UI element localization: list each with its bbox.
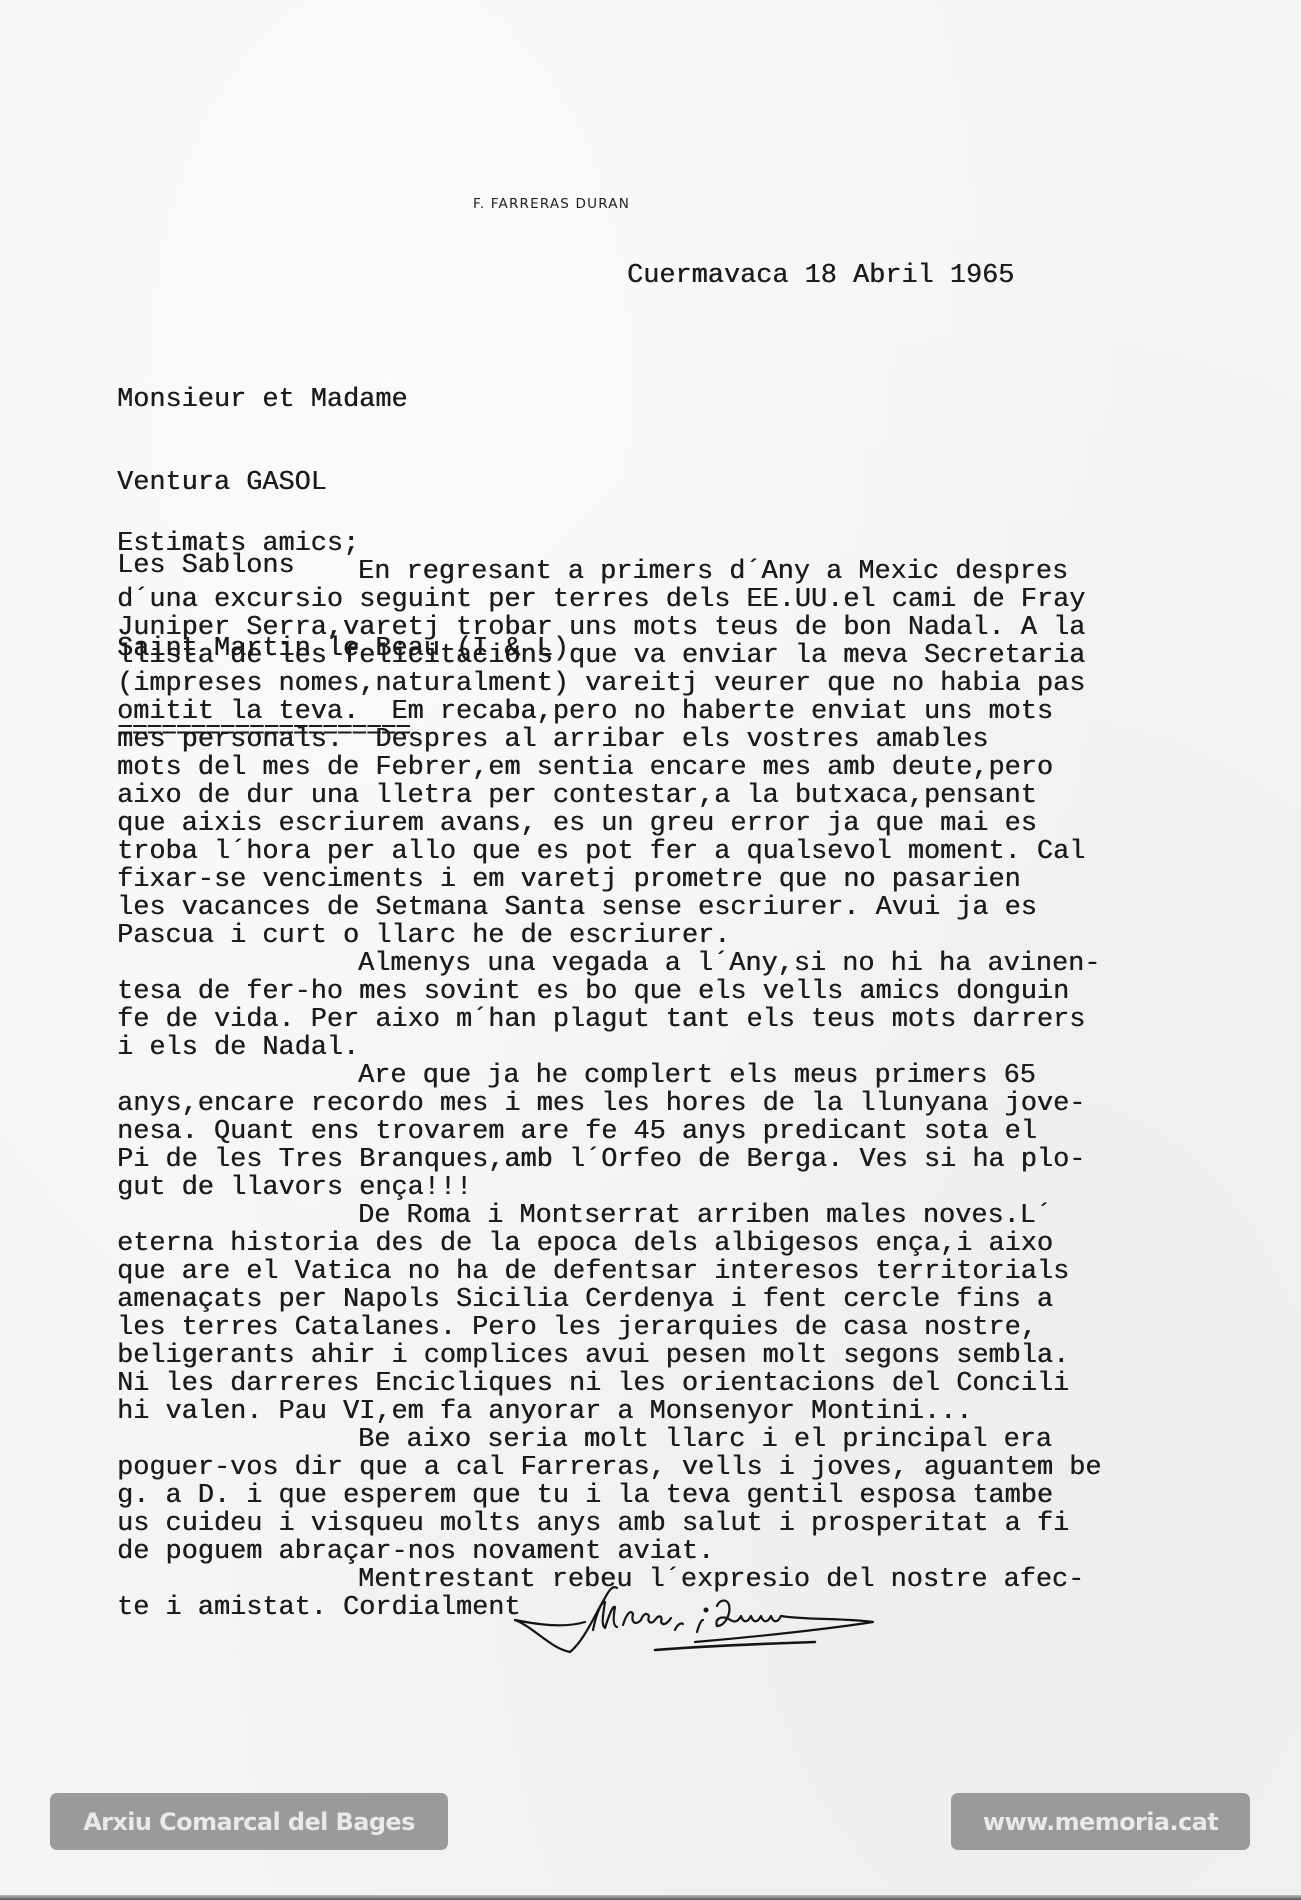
letter-line: que aixis escriurem avans, es un greu er…: [117, 810, 1101, 838]
letter-line: fixar-se venciments i em varetj prometre…: [117, 866, 1101, 894]
letter-body: Estimats amics;En regresant a primers d´…: [117, 530, 1101, 1622]
letter-line: beligerants ahir i complices avui pesen …: [117, 1342, 1101, 1370]
letter-line: que are el Vatica no ha de defentsar int…: [117, 1258, 1101, 1286]
letter-line: us cuideu i visqueu molts anys amb salut…: [117, 1510, 1101, 1538]
letter-line: hi valen. Pau VI,em fa anyorar a Monseny…: [117, 1398, 1101, 1426]
letter-line: troba l´hora per allo que es pot fer a q…: [117, 838, 1101, 866]
letter-line: Almenys una vegada a l´Any,si no hi ha a…: [117, 950, 1101, 978]
letter-line: aixo de dur una lletra per contestar,a l…: [117, 782, 1101, 810]
letter-line: gut de llavors ença!!!: [117, 1174, 1101, 1202]
letter-line: Pi de les Tres Branques,amb l´Orfeo de B…: [117, 1146, 1101, 1174]
website-watermark: www.memoria.cat: [951, 1793, 1250, 1850]
letter-line: Estimats amics;: [117, 530, 1101, 558]
letter-line: nesa. Quant ens trovarem are fe 45 anys …: [117, 1118, 1101, 1146]
letter-line: Pascua i curt o llarc he de escriurer.: [117, 922, 1101, 950]
letter-line: (impreses nomes,naturalment) vareitj veu…: [117, 670, 1101, 698]
handwritten-signature-icon: [505, 1570, 905, 1665]
letter-line: Juniper Serra,varetj trobar uns mots teu…: [117, 614, 1101, 642]
letter-line: omitit la teva. Em recaba,pero no habert…: [117, 698, 1101, 726]
letter-line: mots del mes de Febrer,em sentia encare …: [117, 754, 1101, 782]
archive-watermark: Arxiu Comarcal del Bages: [50, 1793, 448, 1850]
letter-line: eterna historia des de la epoca dels alb…: [117, 1230, 1101, 1258]
address-line: Monsieur et Madame: [117, 387, 569, 415]
letter-line: g. a D. i que esperem que tu i la teva g…: [117, 1482, 1101, 1510]
letter-line: mes personals. Despres al arribar els vo…: [117, 726, 1101, 754]
letter-line: poguer-vos dir que a cal Farreras, vells…: [117, 1454, 1101, 1482]
letter-line: anys,encare recordo mes i mes les hores …: [117, 1090, 1101, 1118]
date-line: Cuermavaca 18 Abril 1965: [627, 262, 1014, 290]
letter-line: Ni les darreres Enciclіques ni les orien…: [117, 1370, 1101, 1398]
letter-line: De Roma i Montserrat arriben males noves…: [117, 1202, 1101, 1230]
letter-line: Are que ja he complert els meus primers …: [117, 1062, 1101, 1090]
letter-line: les vacances de Setmana Santa sense escr…: [117, 894, 1101, 922]
letter-line: de poguem abraçar-nos novament aviat.: [117, 1538, 1101, 1566]
scan-edge: [0, 1895, 1301, 1900]
letter-line: Be aixo seria molt llarc i el principal …: [117, 1426, 1101, 1454]
address-line: Ventura GASOL: [117, 470, 569, 498]
letter-line: llista de les felicitacions que va envia…: [117, 642, 1101, 670]
letter-page: F. FARRERAS DURAN Cuermavaca 18 Abril 19…: [0, 0, 1301, 1900]
letter-line: fe de vida. Per aixo m´han plagut tant e…: [117, 1006, 1101, 1034]
letter-line: amenaçats per Napols Sicilia Cerdenya i …: [117, 1286, 1101, 1314]
letter-line: tesa de fer-ho mes sovint es bo que els …: [117, 978, 1101, 1006]
letterhead: F. FARRERAS DURAN: [473, 196, 630, 212]
letter-line: En regresant a primers d´Any a Mexic des…: [117, 558, 1101, 586]
letter-line: d´una excursio seguint per terres dels E…: [117, 586, 1101, 614]
letter-line: les terres Catalanes. Pero les jerarquie…: [117, 1314, 1101, 1342]
letter-line: i els de Nadal.: [117, 1034, 1101, 1062]
